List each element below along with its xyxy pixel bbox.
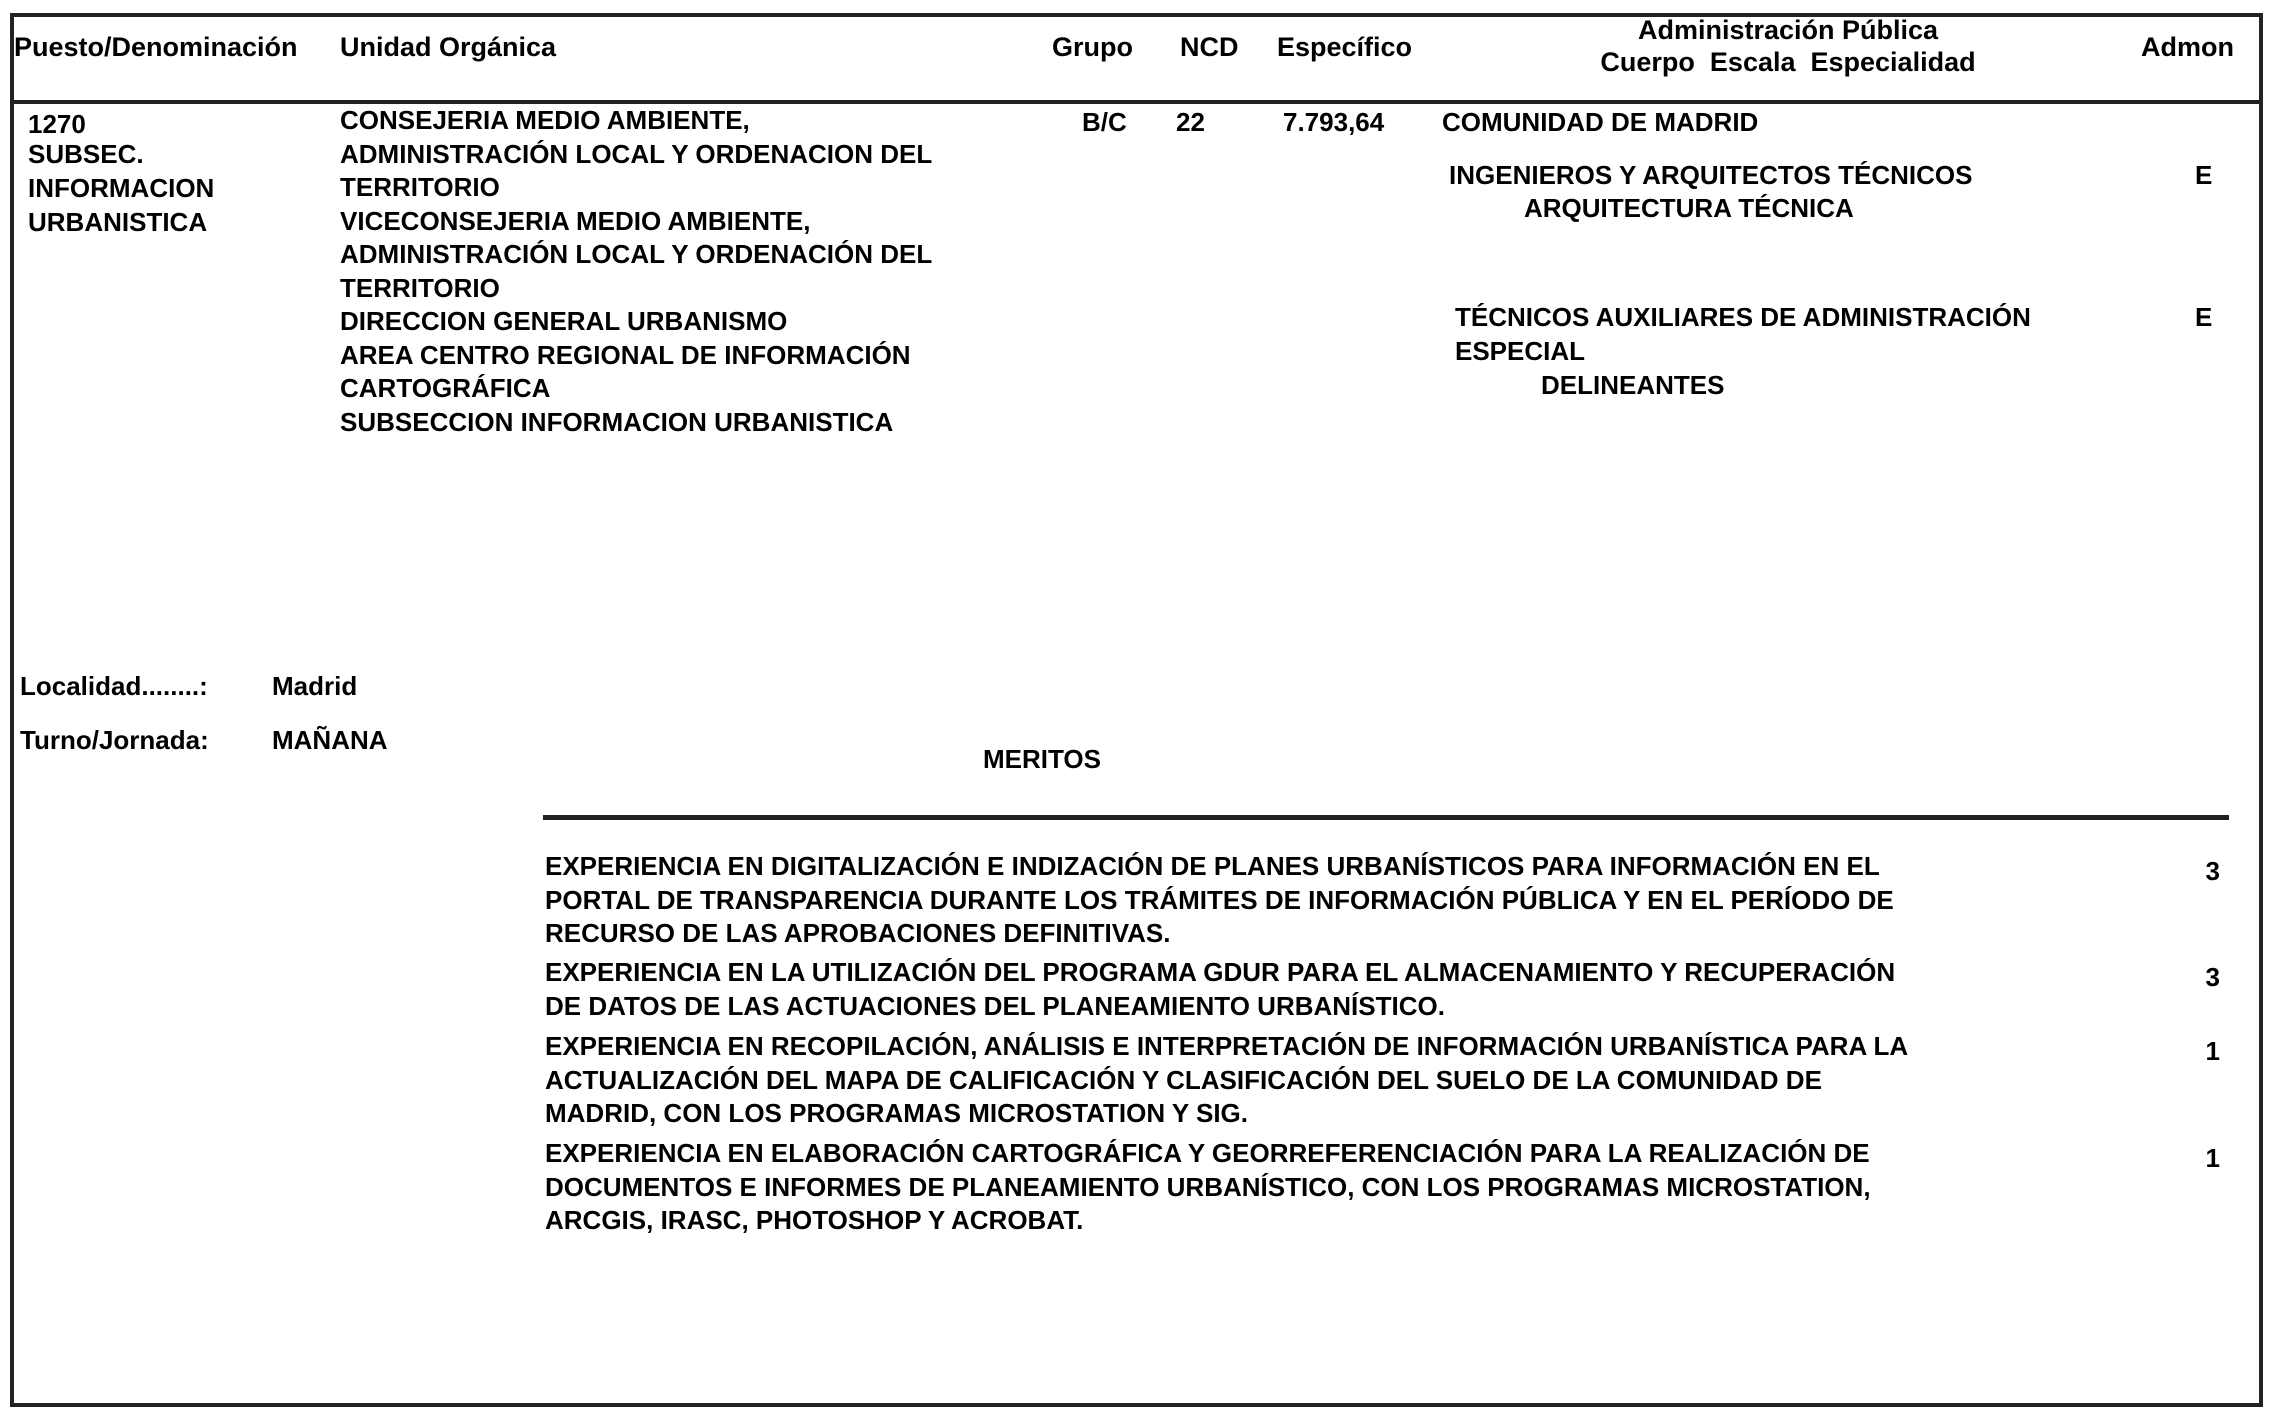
turno-label: Turno/Jornada: bbox=[20, 727, 209, 753]
unidad-line: DIRECCION GENERAL URBANISMO bbox=[340, 305, 932, 339]
unidad-line: ADMINISTRACIÓN LOCAL Y ORDENACIÓN DEL bbox=[340, 238, 932, 272]
unidad-organica: CONSEJERIA MEDIO AMBIENTE, ADMINISTRACIÓ… bbox=[340, 104, 932, 439]
administracion-entity: COMUNIDAD DE MADRID bbox=[1442, 109, 1758, 135]
unidad-line: VICECONSEJERIA MEDIO AMBIENTE, bbox=[340, 205, 932, 239]
cuerpo-2-line: ESPECIAL bbox=[1455, 338, 1585, 364]
cuerpo-2-especialidad: DELINEANTES bbox=[1541, 372, 1724, 398]
column-header-ncd: NCD bbox=[1180, 34, 1239, 61]
merit-line: DE DATOS DE LAS ACTUACIONES DEL PLANEAMI… bbox=[545, 990, 1895, 1024]
localidad-label: Localidad........: bbox=[20, 673, 208, 699]
merit-score: 1 bbox=[2196, 1038, 2220, 1064]
column-header-grupo: Grupo bbox=[1052, 34, 1133, 61]
puesto-line: SUBSEC. bbox=[28, 137, 214, 171]
merit-line: PORTAL DE TRANSPARENCIA DURANTE LOS TRÁM… bbox=[545, 884, 1894, 918]
merit-score: 1 bbox=[2196, 1145, 2220, 1171]
grupo-value: B/C bbox=[1082, 109, 1127, 135]
merit-line: RECURSO DE LAS APROBACIONES DEFINITIVAS. bbox=[545, 917, 1894, 951]
column-header-puesto: Puesto/Denominación bbox=[14, 34, 298, 61]
turno-value: MAÑANA bbox=[272, 727, 388, 753]
cuerpo-2-admon: E bbox=[2195, 304, 2212, 330]
column-header-unidad-organica: Unidad Orgánica bbox=[340, 34, 556, 61]
merit-line: EXPERIENCIA EN ELABORACIÓN CARTOGRÁFICA … bbox=[545, 1137, 1871, 1171]
unidad-line: CARTOGRÁFICA bbox=[340, 372, 932, 406]
merit-item: EXPERIENCIA EN DIGITALIZACIÓN E INDIZACI… bbox=[545, 850, 1894, 951]
column-header-cuerpo-escala-especialidad: Cuerpo Escala Especialidad bbox=[1588, 49, 1988, 76]
merit-line: ARCGIS, IRASC, PHOTOSHOP Y ACROBAT. bbox=[545, 1204, 1871, 1238]
unidad-line: ADMINISTRACIÓN LOCAL Y ORDENACION DEL bbox=[340, 138, 932, 172]
merit-item: EXPERIENCIA EN LA UTILIZACIÓN DEL PROGRA… bbox=[545, 956, 1895, 1023]
ncd-value: 22 bbox=[1176, 109, 1205, 135]
merit-line: ACTUALIZACIÓN DEL MAPA DE CALIFICACIÓN Y… bbox=[545, 1064, 1908, 1098]
cuerpo-2-line: TÉCNICOS AUXILIARES DE ADMINISTRACIÓN bbox=[1455, 304, 2031, 330]
cuerpo-1-admon: E bbox=[2195, 162, 2212, 188]
unidad-line: TERRITORIO bbox=[340, 171, 932, 205]
unidad-line: AREA CENTRO REGIONAL DE INFORMACIÓN bbox=[340, 339, 932, 373]
puesto-denominacion: 1270 SUBSEC. INFORMACION URBANISTICA bbox=[28, 112, 214, 239]
merit-item: EXPERIENCIA EN ELABORACIÓN CARTOGRÁFICA … bbox=[545, 1137, 1871, 1238]
merit-score: 3 bbox=[2196, 858, 2220, 884]
especifico-value: 7.793,64 bbox=[1283, 109, 1384, 135]
column-header-especifico: Específico bbox=[1277, 34, 1412, 61]
merit-item: EXPERIENCIA EN RECOPILACIÓN, ANÁLISIS E … bbox=[545, 1030, 1908, 1131]
puesto-line: URBANISTICA bbox=[28, 205, 214, 239]
unidad-line: TERRITORIO bbox=[340, 272, 932, 306]
meritos-divider bbox=[543, 815, 2229, 820]
cuerpo-1-line: INGENIEROS Y ARQUITECTOS TÉCNICOS bbox=[1449, 162, 1972, 188]
cuerpo-1-especialidad: ARQUITECTURA TÉCNICA bbox=[1524, 195, 1854, 221]
merit-line: EXPERIENCIA EN RECOPILACIÓN, ANÁLISIS E … bbox=[545, 1030, 1908, 1064]
puesto-line: INFORMACION bbox=[28, 171, 214, 205]
column-header-admon: Admon bbox=[2141, 34, 2234, 61]
merit-line: EXPERIENCIA EN LA UTILIZACIÓN DEL PROGRA… bbox=[545, 956, 1895, 990]
localidad-value: Madrid bbox=[272, 673, 357, 699]
merit-line: MADRID, CON LOS PROGRAMAS MICROSTATION Y… bbox=[545, 1097, 1908, 1131]
meritos-title: MERITOS bbox=[983, 746, 1101, 772]
merit-line: DOCUMENTOS E INFORMES DE PLANEAMIENTO UR… bbox=[545, 1171, 1871, 1205]
unidad-line: CONSEJERIA MEDIO AMBIENTE, bbox=[340, 104, 932, 138]
merit-line: EXPERIENCIA EN DIGITALIZACIÓN E INDIZACI… bbox=[545, 850, 1894, 884]
unidad-line: SUBSECCION INFORMACION URBANISTICA bbox=[340, 406, 932, 440]
puesto-code: 1270 bbox=[28, 112, 214, 137]
column-header-administracion-publica: Administración Pública bbox=[1588, 17, 1988, 44]
merit-score: 3 bbox=[2196, 964, 2220, 990]
